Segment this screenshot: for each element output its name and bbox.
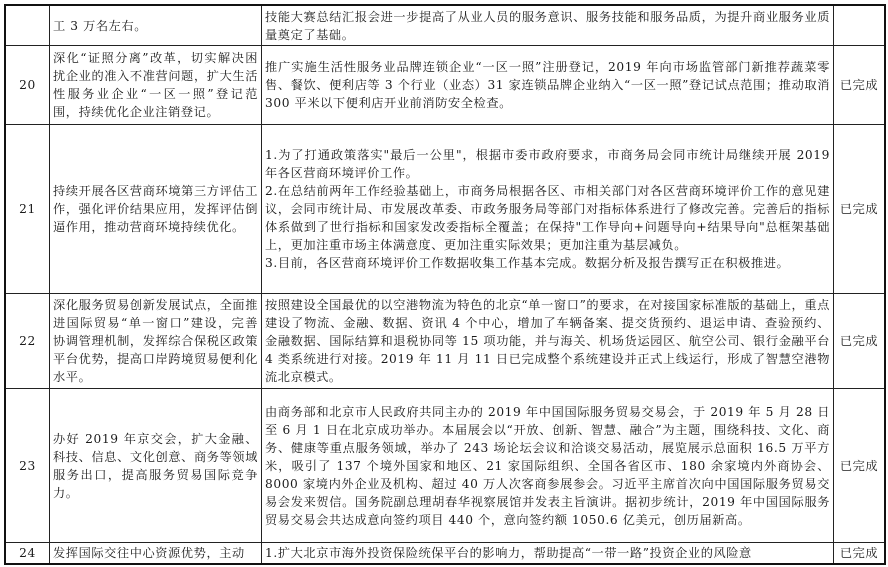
task-cell: 工 3 万名左右。 — [50, 5, 262, 46]
progress-paragraph: 按照建设全国最优的以空港物流为特色的北京“单一窗口”的要求，在对接国家标准版的基… — [265, 296, 830, 386]
task-cell: 办好 2019 年京交会，扩大金融、科技、信息、文化创意、商务等领域服务出口，提… — [50, 389, 262, 543]
task-cell: 深化“证照分离”改革，切实解决困扰企业的准入不准营问题，扩大生活性服务业企业“一… — [50, 46, 262, 125]
progress-cell: 由商务部和北京市人民政府共同主办的 2019 年中国国际服务贸易交易会，于 20… — [262, 389, 834, 543]
row-number: 21 — [5, 125, 50, 294]
table-row-21: 21 持续开展各区营商环境第三方评估工作，强化评价结果应用，发挥评估倒逼作用，推… — [5, 125, 885, 294]
progress-paragraph-3: 3.目前，各区营商环境评价工作数据收集工作基本完成。数据分析及报告撰写正在积极推… — [265, 254, 830, 272]
task-cell: 发挥国际交往中心资源优势，主动 — [50, 543, 262, 565]
status-cell — [834, 5, 886, 46]
progress-cell: 1.为了打通政策落实"最后一公里"，根据市委市政府要求，市商务局会同市统计局继续… — [262, 125, 834, 294]
status-cell: 已完成 — [834, 294, 886, 389]
table-row-23: 23 办好 2019 年京交会，扩大金融、科技、信息、文化创意、商务等领域服务出… — [5, 389, 885, 543]
status-cell: 已完成 — [834, 46, 886, 125]
task-progress-table: 工 3 万名左右。 技能大赛总结汇报会进一步提高了从业人员的服务意识、服务技能和… — [4, 4, 886, 565]
task-cell: 持续开展各区营商环境第三方评估工作，强化评价结果应用，发挥评估倒逼作用，推动营商… — [50, 125, 262, 294]
progress-cell: 按照建设全国最优的以空港物流为特色的北京“单一窗口”的要求，在对接国家标准版的基… — [262, 294, 834, 389]
table-row-20: 20 深化“证照分离”改革，切实解决困扰企业的准入不准营问题，扩大生活性服务业企… — [5, 46, 885, 125]
progress-paragraph: 由商务部和北京市人民政府共同主办的 2019 年中国国际服务贸易交易会，于 20… — [265, 403, 830, 529]
table-row-24: 24 发挥国际交往中心资源优势，主动 1.扩大北京市海外投资保险统保平台的影响力… — [5, 543, 885, 565]
status-cell: 已完成 — [834, 125, 886, 294]
row-number: 23 — [5, 389, 50, 543]
row-number: 24 — [5, 543, 50, 565]
progress-paragraph: 推广实施生活性服务业品牌连锁企业“一区一照”注册登记，2019 年向市场监管部门… — [265, 58, 830, 112]
status-cell: 已完成 — [834, 389, 886, 543]
row-number: 20 — [5, 46, 50, 125]
progress-paragraph: 1.扩大北京市海外投资保险统保平台的影响力，帮助提高“一带一路”投资企业的风险意 — [265, 544, 830, 562]
progress-paragraph-2: 2.在总结前两年工作经验基础上，市商务局根据各区、市相关部门对各区营商环境评价工… — [265, 182, 830, 254]
progress-cell: 1.扩大北京市海外投资保险统保平台的影响力，帮助提高“一带一路”投资企业的风险意 — [262, 543, 834, 565]
table-row-22: 22 深化服务贸易创新发展试点，全面推进国际贸易“单一窗口”建设，完善协调管理机… — [5, 294, 885, 389]
progress-paragraph-1: 1.为了打通政策落实"最后一公里"，根据市委市政府要求，市商务局会同市统计局继续… — [265, 146, 830, 182]
status-cell: 已完成 — [834, 543, 886, 565]
table-row-continued: 工 3 万名左右。 技能大赛总结汇报会进一步提高了从业人员的服务意识、服务技能和… — [5, 5, 885, 46]
progress-cell: 推广实施生活性服务业品牌连锁企业“一区一照”注册登记，2019 年向市场监管部门… — [262, 46, 834, 125]
progress-cell: 技能大赛总结汇报会进一步提高了从业人员的服务意识、服务技能和服务品质，为提升商业… — [262, 5, 834, 46]
progress-paragraph: 技能大赛总结汇报会进一步提高了从业人员的服务意识、服务技能和服务品质，为提升商业… — [265, 8, 830, 44]
row-number: 22 — [5, 294, 50, 389]
document-page: 工 3 万名左右。 技能大赛总结汇报会进一步提高了从业人员的服务意识、服务技能和… — [0, 0, 888, 567]
task-cell: 深化服务贸易创新发展试点，全面推进国际贸易“单一窗口”建设，完善协调管理机制，发… — [50, 294, 262, 389]
row-number — [5, 5, 50, 46]
